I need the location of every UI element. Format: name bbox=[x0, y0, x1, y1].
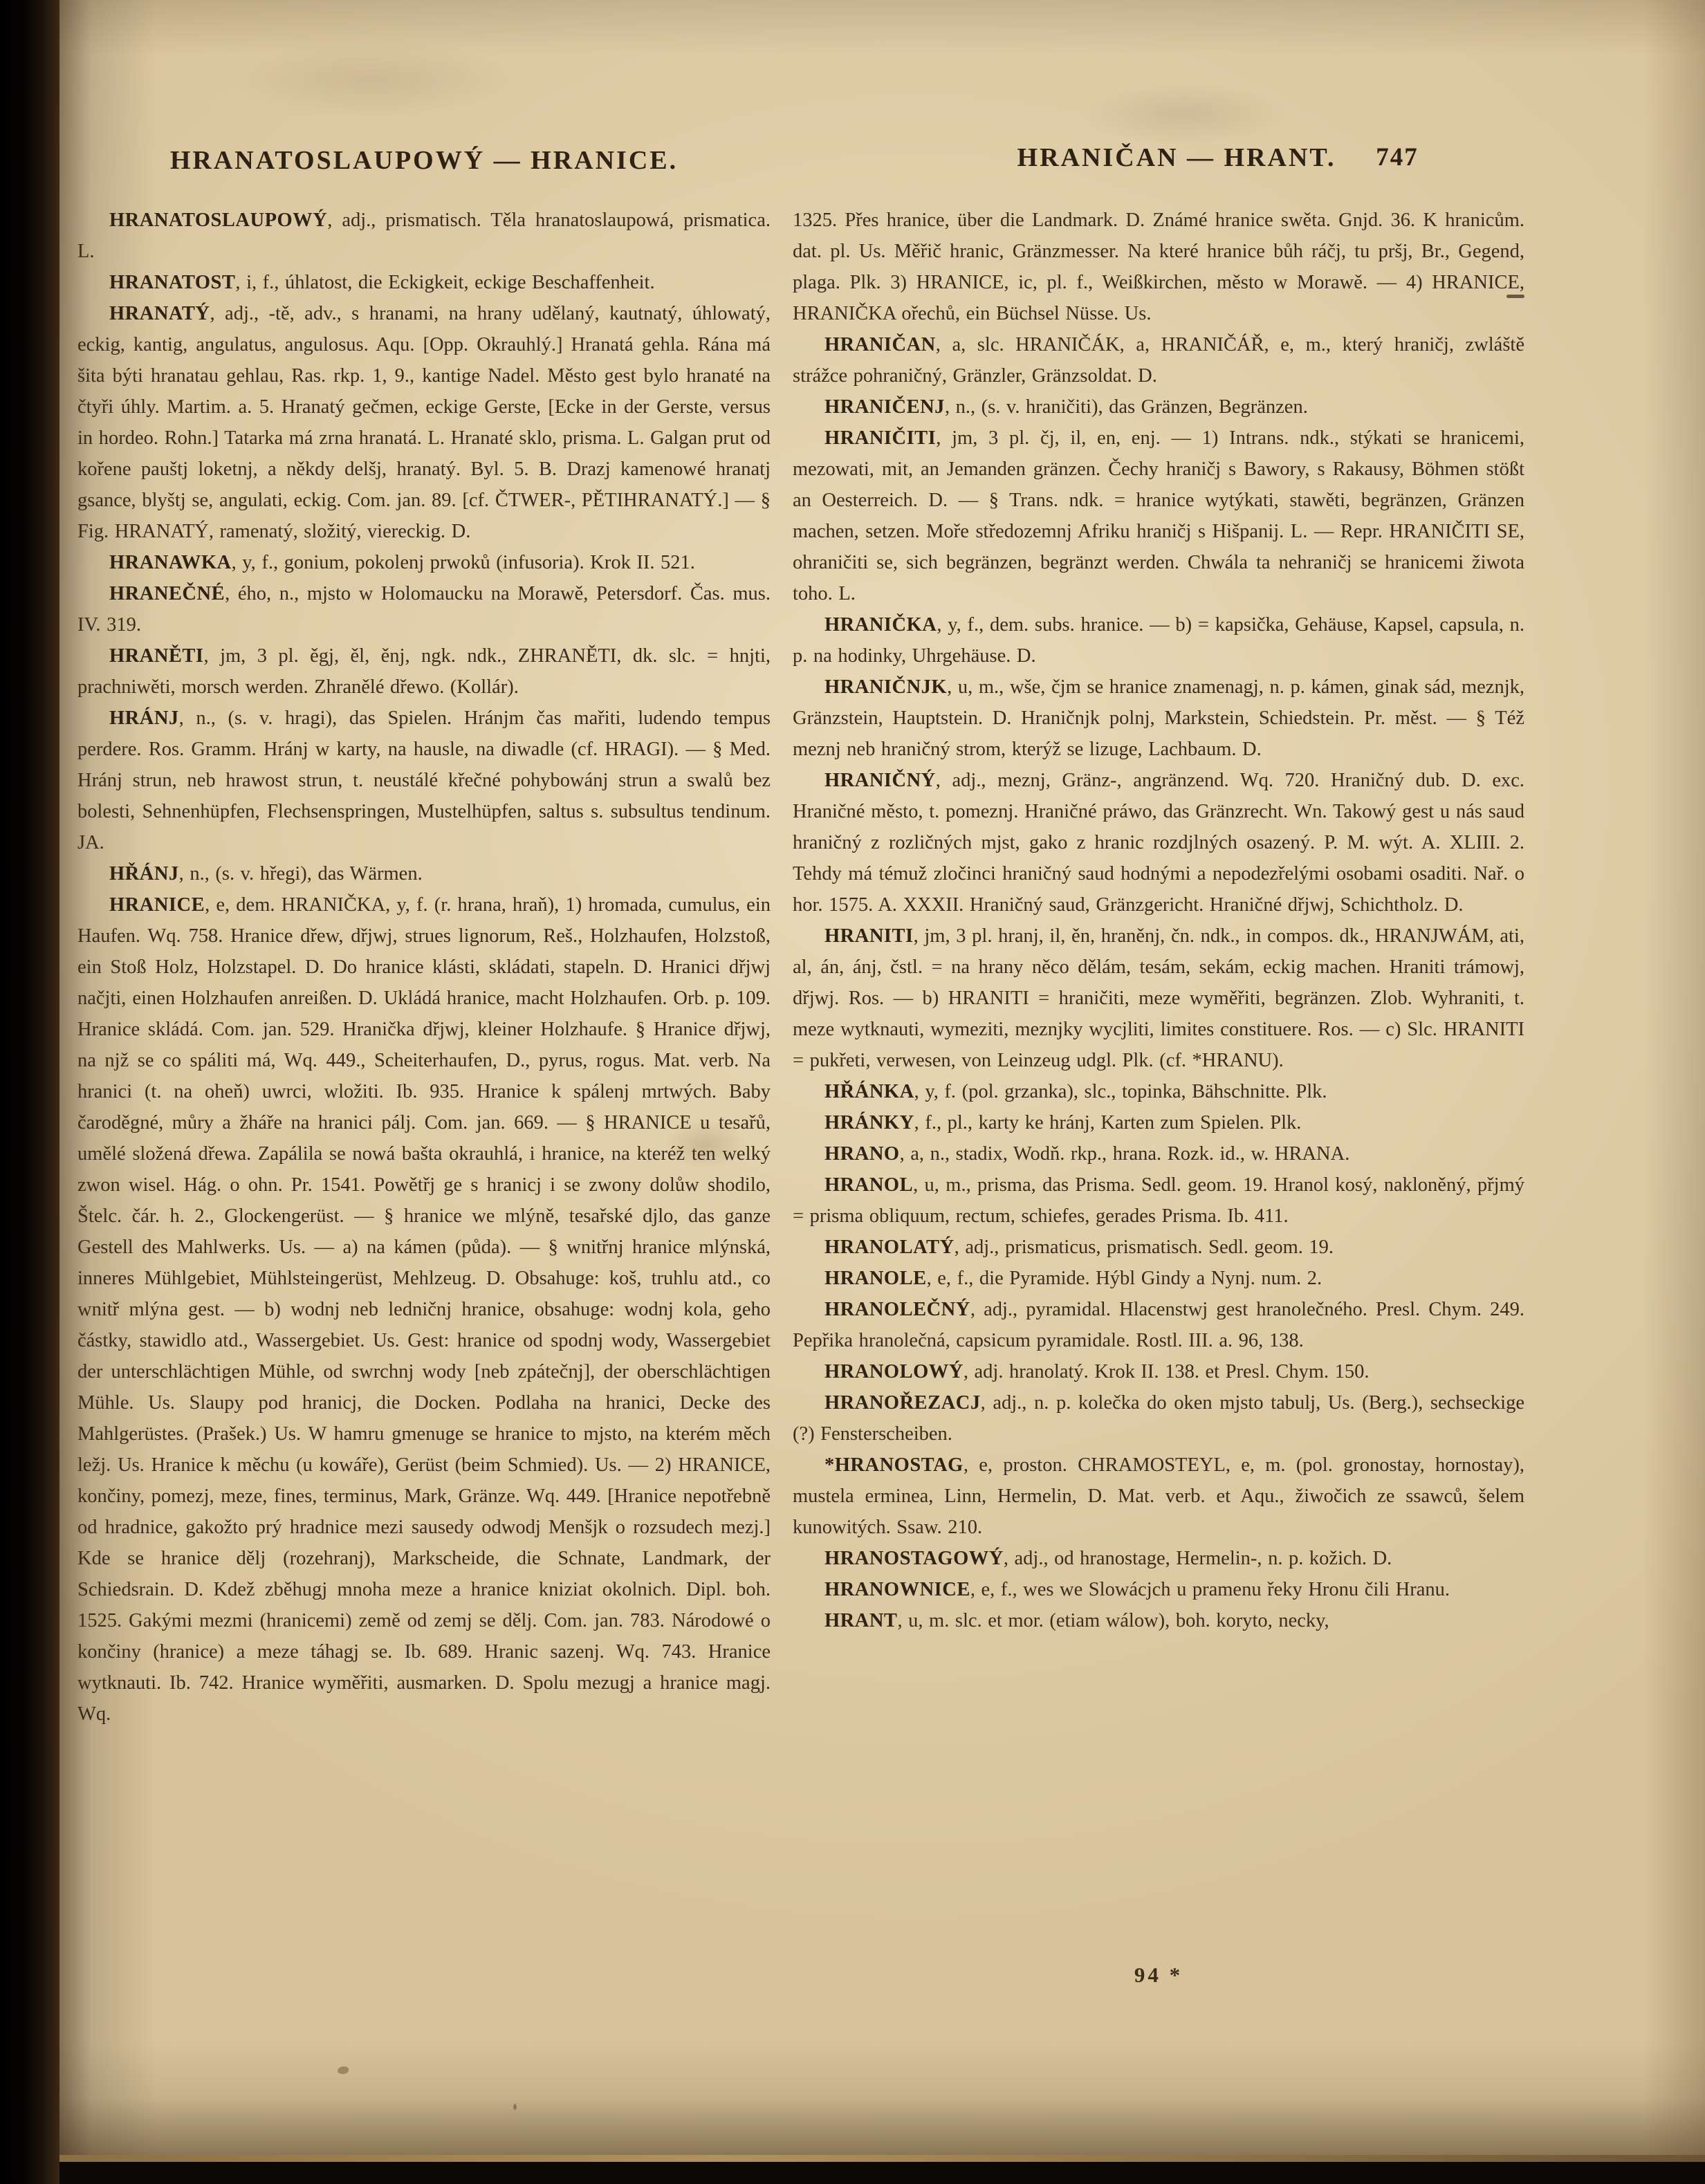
dictionary-entry: HŘÁNJ, n., (s. v. hřegi), das Wärmen. bbox=[77, 858, 771, 889]
dictionary-entry: HRANIČKA, y, f., dem. subs. hranice. — b… bbox=[793, 609, 1524, 672]
dictionary-entry: HRANIČENJ, n., (s. v. hraničiti), das Gr… bbox=[793, 391, 1524, 423]
entry-headword: HRANOLOWÝ bbox=[824, 1361, 964, 1382]
entry-headword: HRANO bbox=[824, 1143, 900, 1165]
dictionary-entry: HRANIČITI, jm, 3 pl. čj, il, en, enj. — … bbox=[793, 423, 1524, 609]
dictionary-entry: HRANOLATÝ, adj., prismaticus, prismatisc… bbox=[793, 1232, 1524, 1263]
dictionary-entry: *HRANOSTAG, e, proston. CHRAMOSTEYL, e, … bbox=[793, 1450, 1524, 1543]
entry-headword: HRANT bbox=[824, 1610, 897, 1631]
text-column-left: HRANATOSLAUPOWÝ, adj., prismatisch. Těla… bbox=[77, 205, 771, 1730]
entry-headword: HRÁNKY bbox=[824, 1112, 914, 1133]
scanned-book-page: HRANATOSLAUPOWÝ — HRANICE. HRANIČAN — HR… bbox=[0, 0, 1705, 2184]
dictionary-entry: HRANOŘEZACJ, adj., n. p. kolečka do oken… bbox=[793, 1387, 1524, 1450]
entry-body-text: , u, m. slc. et mor. (etiam wálow), boh.… bbox=[897, 1610, 1329, 1631]
dictionary-entry: HRÁNKY, f., pl., karty ke hránj, Karten … bbox=[793, 1107, 1524, 1138]
entry-headword: HRANIČITI bbox=[824, 427, 936, 449]
running-head-left: HRANATOSLAUPOWÝ — HRANICE. bbox=[77, 145, 771, 176]
entry-headword: HRANOŘEZACJ bbox=[824, 1392, 981, 1414]
dictionary-entry: HRANĚTI, jm, 3 pl. ěgj, ěl, ěnj, ngk. nd… bbox=[77, 640, 771, 703]
dictionary-entry: HRANITI, jm, 3 pl. hranj, il, ěn, hraněn… bbox=[793, 920, 1524, 1076]
entry-body-text: , jm, 3 pl. čj, il, en, enj. — 1) Intran… bbox=[793, 427, 1524, 604]
entry-headword: HRANAWKA bbox=[109, 552, 232, 573]
entry-headword: HRANOSTAGOWÝ bbox=[824, 1548, 1004, 1569]
entry-body-text: , jm, 3 pl. hranj, il, ěn, hraněnj, čn. … bbox=[793, 925, 1524, 1071]
entry-headword: HRANICE bbox=[109, 894, 205, 916]
dictionary-entry: HRANOSTAGOWÝ, adj., od hranostage, Herme… bbox=[793, 1543, 1524, 1574]
entry-body-text: , adj. hranolatý. Krok II. 138. et Presl… bbox=[964, 1361, 1370, 1382]
entry-headword: HRANIČAN bbox=[824, 334, 936, 355]
ink-mark bbox=[1506, 295, 1524, 298]
dictionary-entry: HRÁNJ, n., (s. v. hragi), das Spielen. H… bbox=[77, 703, 771, 858]
entry-headword: HRANOLE bbox=[824, 1268, 927, 1289]
entry-body-text: , adj., -tě, adv., s hranami, na hrany u… bbox=[77, 303, 771, 542]
entry-headword: HRANIČENJ bbox=[824, 396, 945, 418]
book-binding-edge bbox=[0, 0, 59, 2184]
entry-headword: HŘÁNJ bbox=[109, 863, 179, 885]
paper-stain bbox=[1079, 83, 1287, 145]
dictionary-entry: HRANOLE, e, f., die Pyramide. Hýbl Gindy… bbox=[793, 1263, 1524, 1294]
entry-body-text: , e, f., die Pyramide. Hýbl Gindy a Nynj… bbox=[927, 1268, 1322, 1289]
dictionary-entry: HRANATOST, i, f., úhlatost, die Eckigkei… bbox=[77, 267, 771, 298]
dictionary-entry: HRANICE, e, dem. HRANIČKA, y, f. (r. hra… bbox=[77, 889, 771, 1730]
entry-headword: HRANATÝ bbox=[109, 303, 210, 324]
printer-signature-mark: 94 * bbox=[793, 1963, 1524, 1988]
dictionary-entry: HRANATOSLAUPOWÝ, adj., prismatisch. Těla… bbox=[77, 205, 771, 267]
entry-headword: HRANOWNICE bbox=[824, 1579, 970, 1600]
entry-headword: HRANEČNÉ bbox=[109, 583, 225, 604]
dictionary-entry: HRANOLEČNÝ, adj., pyramidal. Hlacenstwj … bbox=[793, 1294, 1524, 1356]
entry-headword: HRANIČKA bbox=[824, 614, 937, 636]
entry-body-text: , adj., meznj, Gränz-, angränzend. Wq. 7… bbox=[793, 770, 1524, 916]
page-bottom-edge bbox=[59, 2155, 1705, 2162]
entry-headword: HRÁNJ bbox=[109, 707, 179, 729]
dictionary-entry: HRANAWKA, y, f., gonium, pokolenj prwoků… bbox=[77, 547, 771, 578]
dictionary-entry: HŘÁNKA, y, f. (pol. grzanka), slc., topi… bbox=[793, 1076, 1524, 1107]
entry-headword: HRANATOST bbox=[109, 272, 235, 293]
paper-speck bbox=[513, 2104, 517, 2110]
dictionary-entry: HRANOLOWÝ, adj. hranolatý. Krok II. 138.… bbox=[793, 1356, 1524, 1387]
entry-headword: HRANIČNÝ bbox=[824, 770, 936, 791]
entry-body-text: , e, dem. HRANIČKA, y, f. (r. hrana, hra… bbox=[77, 894, 771, 1725]
dictionary-entry: HRANIČNÝ, adj., meznj, Gränz-, angränzen… bbox=[793, 765, 1524, 920]
entry-body-text: , n., (s. v. hragi), das Spielen. Hránjm… bbox=[77, 707, 771, 853]
dictionary-entry: HRANT, u, m. slc. et mor. (etiam wálow),… bbox=[793, 1605, 1524, 1636]
entry-headword: HRANĚTI bbox=[109, 645, 204, 667]
entry-body-text: , f., pl., karty ke hránj, Karten zum Sp… bbox=[914, 1112, 1302, 1133]
page-number: 747 bbox=[1356, 142, 1439, 172]
entry-body-text: 1325. Přes hranice, über die Landmark. D… bbox=[793, 210, 1524, 324]
entry-body-text: , adj., od hranostage, Hermelin-, n. p. … bbox=[1004, 1548, 1392, 1569]
entry-headword: HRANITI bbox=[824, 925, 914, 947]
dictionary-entry: HRANO, a, n., stadix, Wodň. rkp., hrana.… bbox=[793, 1138, 1524, 1169]
dictionary-entry: HRANOL, u, m., prisma, das Prisma. Sedl.… bbox=[793, 1169, 1524, 1232]
entry-body-text: , a, n., stadix, Wodň. rkp., hrana. Rozk… bbox=[900, 1143, 1350, 1165]
entry-headword: *HRANOSTAG bbox=[824, 1454, 964, 1476]
paper-stain bbox=[228, 41, 519, 118]
entry-body-text: , y, f., gonium, pokolenj prwoků (infuso… bbox=[232, 552, 695, 573]
dictionary-entry: HRANEČNÉ, ého, n., mjsto w Holomaucku na… bbox=[77, 578, 771, 640]
dictionary-entry: HRANATÝ, adj., -tě, adv., s hranami, na … bbox=[77, 298, 771, 547]
entry-body-text: , n., (s. v. hraničiti), das Gränzen, Be… bbox=[945, 396, 1308, 418]
entry-body-text: , n., (s. v. hřegi), das Wärmen. bbox=[179, 863, 423, 885]
entry-body-text: , e, f., wes we Slowácjch u pramenu řeky… bbox=[970, 1579, 1450, 1600]
dictionary-entry: HRANOWNICE, e, f., wes we Slowácjch u pr… bbox=[793, 1574, 1524, 1605]
entry-headword: HRANOLATÝ bbox=[824, 1237, 955, 1258]
entry-body-text: , adj., prismaticus, prismatisch. Sedl. … bbox=[955, 1237, 1334, 1258]
entry-body-text: , y, f. (pol. grzanka), slc., topinka, B… bbox=[914, 1081, 1327, 1102]
entry-headword: HŘÁNKA bbox=[824, 1081, 914, 1102]
entry-headword: HRANOLEČNÝ bbox=[824, 1299, 970, 1320]
text-column-right: 1325. Přes hranice, über die Landmark. D… bbox=[793, 205, 1524, 1636]
dictionary-entry: 1325. Přes hranice, über die Landmark. D… bbox=[793, 205, 1524, 329]
entry-headword: HRANATOSLAUPOWÝ bbox=[109, 210, 327, 231]
entry-body-text: , i, f., úhlatost, die Eckigkeit, eckige… bbox=[235, 272, 654, 293]
entry-headword: HRANIČNJK bbox=[824, 676, 947, 698]
dictionary-entry: HRANIČAN, a, slc. HRANIČÁK, a, HRANIČÁŘ,… bbox=[793, 329, 1524, 391]
entry-headword: HRANOL bbox=[824, 1174, 913, 1196]
dictionary-entry: HRANIČNJK, u, m., wše, čjm se hranice zn… bbox=[793, 672, 1524, 765]
